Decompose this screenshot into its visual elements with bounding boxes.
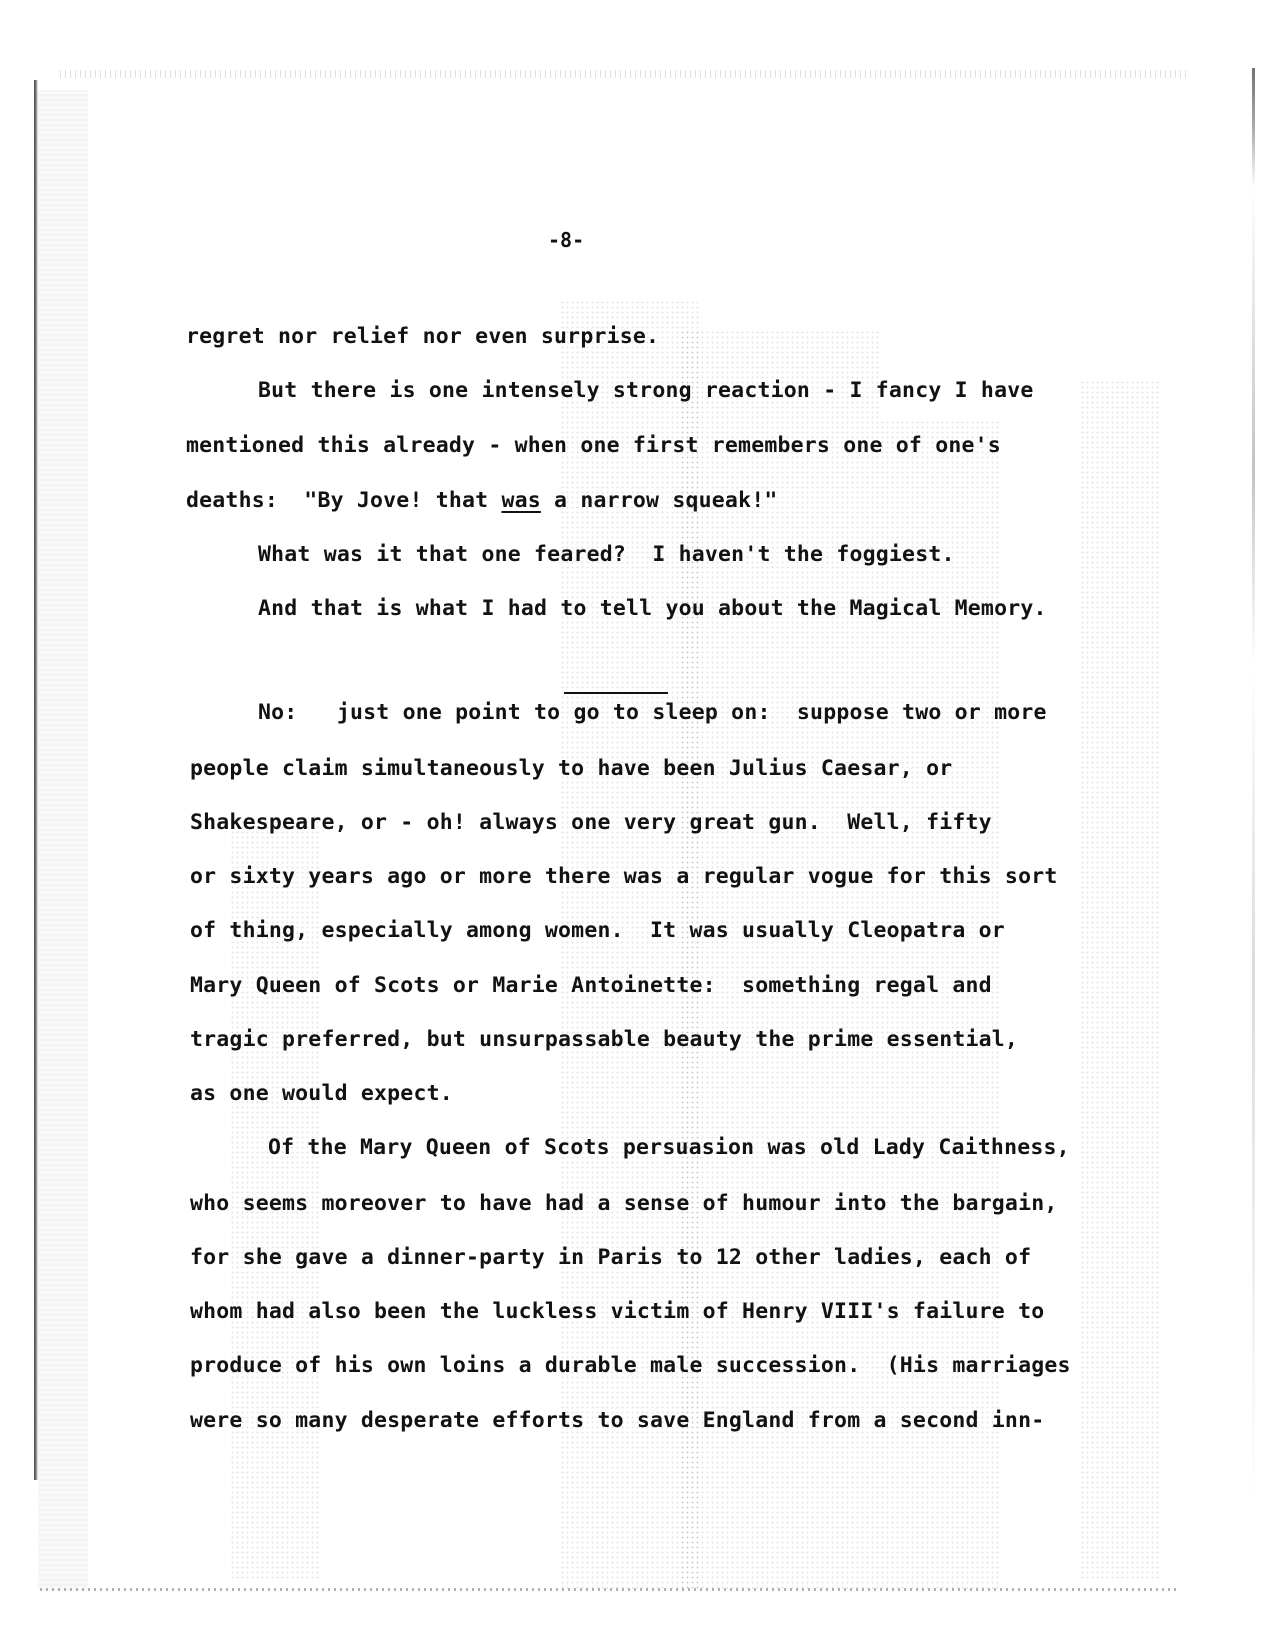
text-line: people claim simultaneously to have been… xyxy=(190,758,952,780)
text-line: who seems moreover to have had a sense o… xyxy=(190,1193,1058,1215)
text-line: were so many desperate efforts to save E… xyxy=(190,1410,1044,1432)
text-line: regret nor relief nor even surprise. xyxy=(186,326,659,348)
text-line: mentioned this already - when one first … xyxy=(186,435,1001,457)
text-line: as one would expect. xyxy=(190,1083,453,1105)
underlined-word: was xyxy=(501,488,540,513)
text-line: No: just one point to go to sleep on: su… xyxy=(258,702,1047,724)
text-line: What was it that one feared? I haven't t… xyxy=(258,544,955,566)
scan-noise-top xyxy=(60,70,1190,78)
scan-speckle xyxy=(680,330,880,1590)
text-line: produce of his own loins a durable male … xyxy=(190,1355,1071,1377)
text-line: or sixty years ago or more there was a r… xyxy=(190,866,1058,888)
text-line: for she gave a dinner-party in Paris to … xyxy=(190,1247,1031,1269)
sheet-bottom-edge xyxy=(40,1588,1180,1591)
text-line: of thing, especially among women. It was… xyxy=(190,920,1005,942)
text-span: a narrow squeak!" xyxy=(541,488,778,513)
text-line: Mary Queen of Scots or Marie Antoinette:… xyxy=(190,975,992,997)
scan-speckle xyxy=(1080,380,1160,1580)
text-line: whom had also been the luckless victim o… xyxy=(190,1301,1044,1323)
scanned-typewritten-page: -8- regret nor relief nor even surprise.… xyxy=(0,0,1274,1649)
text-line: And that is what I had to tell you about… xyxy=(258,598,1047,620)
text-line: But there is one intensely strong reacti… xyxy=(258,380,1034,402)
section-divider xyxy=(564,692,668,694)
sheet-left-shadow xyxy=(38,90,88,1590)
sheet-right-edge xyxy=(1252,68,1255,1508)
text-line: Of the Mary Queen of Scots persuasion wa… xyxy=(268,1137,1070,1159)
text-line: Shakespeare, or - oh! always one very gr… xyxy=(190,812,992,834)
text-line: deaths: "By Jove! that was a narrow sque… xyxy=(186,490,778,512)
text-span: deaths: "By Jove! that xyxy=(186,488,501,513)
text-line: tragic preferred, but unsurpassable beau… xyxy=(190,1029,1018,1051)
page-number: -8- xyxy=(548,228,584,252)
